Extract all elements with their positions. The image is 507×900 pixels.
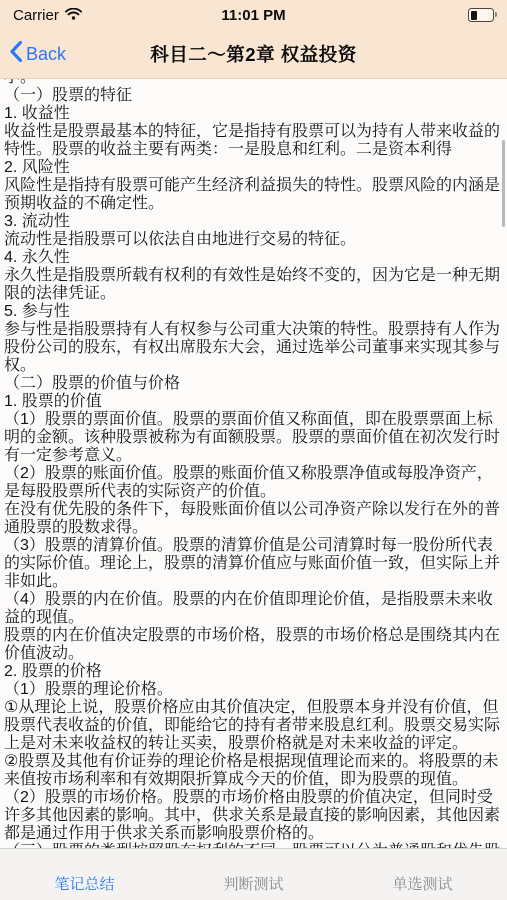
- chevron-left-icon: [10, 41, 22, 67]
- status-bar: 11:01 PM Carrier: [0, 0, 507, 30]
- tab-judgment-test[interactable]: 判断测试: [169, 849, 338, 900]
- paragraph: ②股票及其他有价证券的理论价格是根据现值理论而来的。将股票的未来值按市场利率和有…: [4, 753, 505, 789]
- paragraph: （2）股票的账面价值。股票的账面价值又称股票净值或每股净资产，是每股股票所代表的…: [4, 465, 505, 501]
- paragraph: 1. 收益性: [4, 105, 505, 123]
- carrier-label: Carrier: [13, 7, 59, 24]
- tab-label: 单选测试: [392, 873, 452, 894]
- scrollbar-thumb[interactable]: [502, 140, 506, 227]
- app-screen: 11:01 PM Carrier: [0, 0, 507, 900]
- paragraph: 风险性是指持有股票可能产生经济利益损失的特性。股票风险的内涵是预期收益的不确定性…: [4, 177, 505, 213]
- paragraph: 3. 流动性: [4, 213, 505, 231]
- note-scroll-area[interactable]: 小。（一）股票的特征1. 收益性收益性是股票最基本的特征，它是指持有股票可以为持…: [0, 79, 507, 848]
- paragraph: 永久性是指股票所载有权利的有效性是始终不变的，因为它是一种无期限的法律凭证。: [4, 267, 505, 303]
- note-text: 小。（一）股票的特征1. 收益性收益性是股票最基本的特征，它是指持有股票可以为持…: [0, 79, 507, 848]
- page-title: 科目二～第2章 权益投资: [0, 41, 507, 67]
- paragraph: 流动性是指股票可以依法自由地进行交易的特征。: [4, 231, 505, 249]
- tab-notes-summary[interactable]: 笔记总结: [0, 849, 169, 900]
- paragraph: （2）股票的市场价格。股票的市场价格由股票的价值决定，但同时受许多其他因素的影响…: [4, 789, 505, 843]
- paragraph: （1）股票的票面价值。股票的票面价值又称面值，即在股票票面上标明的金额。该种股票…: [4, 411, 505, 465]
- paragraph: 股票的内在价值决定股票的市场价格，股票的市场价格总是围绕其内在价值波动。: [4, 627, 505, 663]
- paragraph: 收益性是股票最基本的特征，它是指持有股票可以为持有人带来收益的特性。股票的收益主…: [4, 123, 505, 159]
- paragraph: 小。: [4, 79, 505, 87]
- paragraph: 1. 股票的价值: [4, 393, 505, 411]
- paragraph: （一）股票的特征: [4, 87, 505, 105]
- battery-icon: [468, 8, 494, 22]
- back-label: Back: [26, 44, 66, 65]
- tab-label: 判断测试: [223, 873, 283, 894]
- header: 11:01 PM Carrier: [0, 0, 507, 79]
- paragraph: 2. 股票的价格: [4, 663, 505, 681]
- wifi-icon: [65, 7, 82, 24]
- paragraph: 参与性是指股票持有人有权参与公司重大决策的特性。股票持有人作为股份公司的股东，有…: [4, 321, 505, 375]
- paragraph: （3）股票的清算价值。股票的清算价值是公司清算时每一股份所代表的实际价值。理论上…: [4, 537, 505, 591]
- paragraph: 5. 参与性: [4, 303, 505, 321]
- back-button[interactable]: Back: [10, 41, 66, 67]
- paragraph: 在没有优先股的条件下，每股账面价值以公司净资产除以发行在外的普通股票的股数求得。: [4, 501, 505, 537]
- tab-bar: 笔记总结 判断测试 单选测试: [0, 848, 507, 900]
- paragraph: （二）股票的价值与价格: [4, 375, 505, 393]
- paragraph: 4. 永久性: [4, 249, 505, 267]
- paragraph: 2. 风险性: [4, 159, 505, 177]
- paragraph: ①从理论上说，股票价格应由其价值决定，但股票本身并没有价值，但股票代表收益的价值…: [4, 699, 505, 753]
- tab-single-choice-test[interactable]: 单选测试: [338, 849, 507, 900]
- paragraph: （4）股票的内在价值。股票的内在价值即理论价值，是指股票未来收益的现值。: [4, 591, 505, 627]
- paragraph: （1）股票的理论价格。: [4, 681, 505, 699]
- nav-bar: Back 科目二～第2章 权益投资: [0, 30, 507, 78]
- tab-label: 笔记总结: [54, 873, 114, 894]
